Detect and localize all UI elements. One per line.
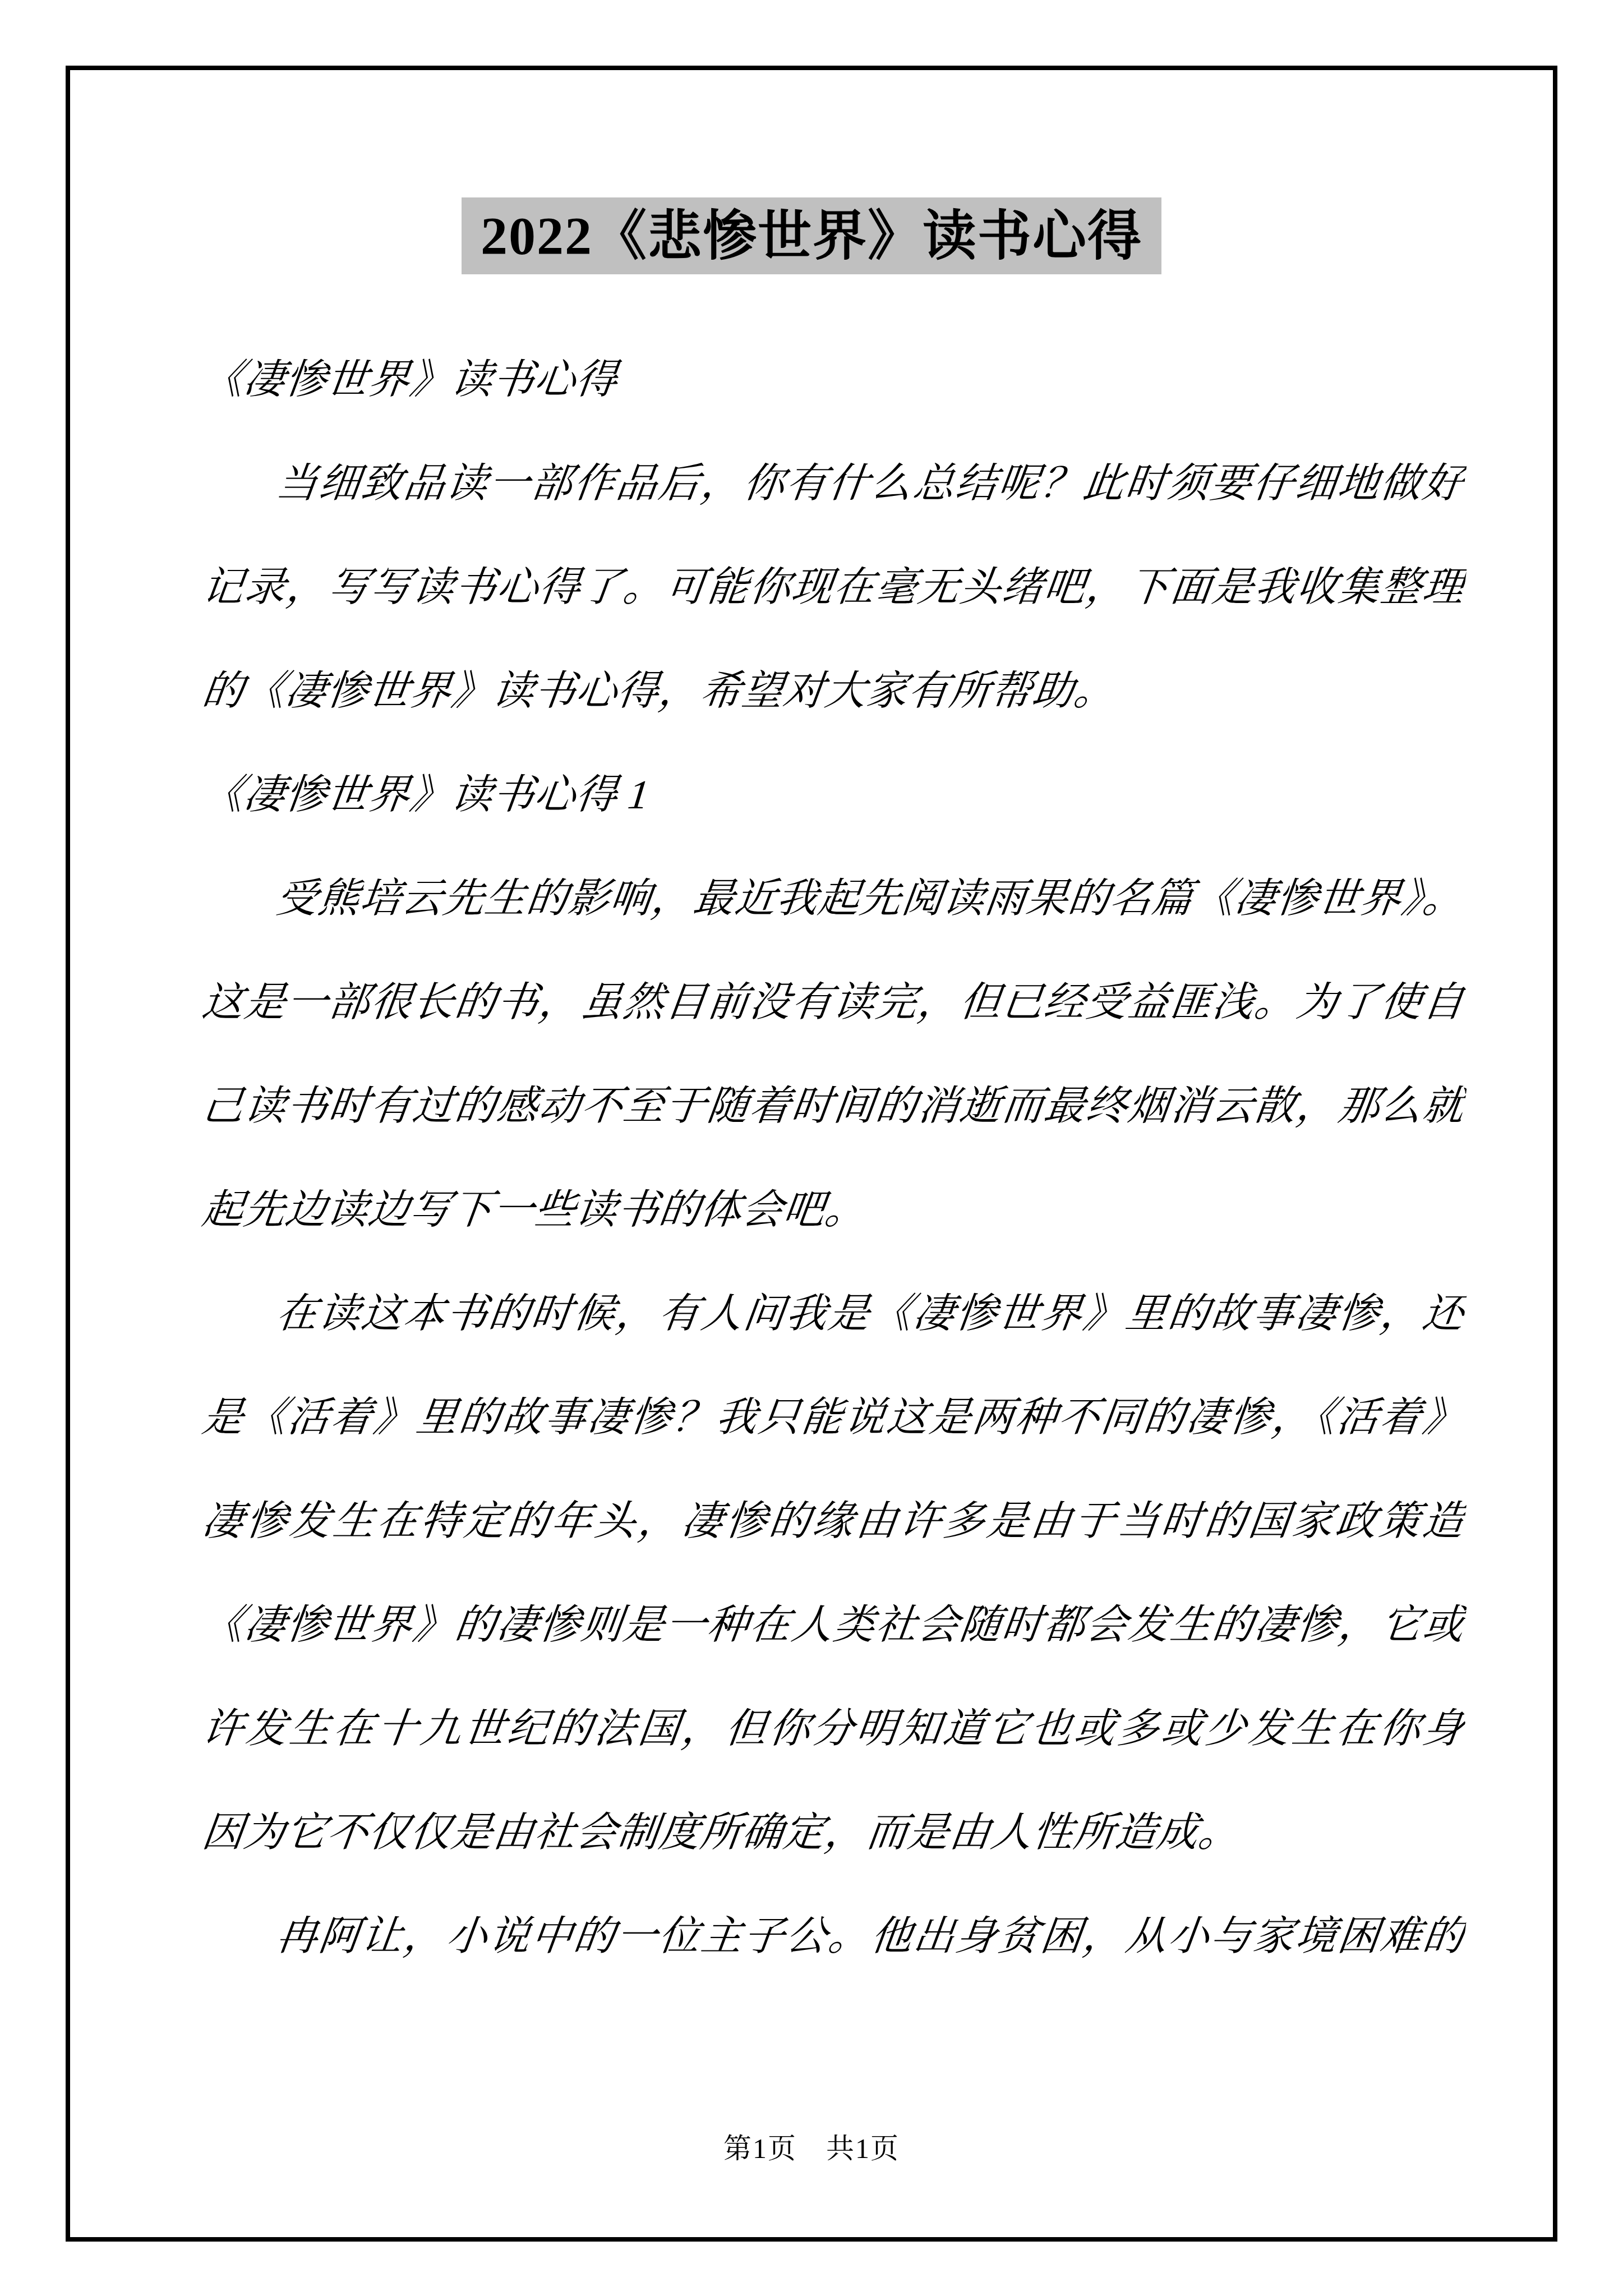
text-line: 这是一部很长的书，虽然目前没有读完，但已经受益匪浅。为了使自 <box>196 950 1471 1054</box>
page-number-footer: 第1页 共1页 <box>0 2132 1623 2165</box>
document-body: 《凄惨世界》读书心得 当细致品读一部作品后，你有什么总结呢？此时须要仔细地做好 … <box>196 328 1458 1988</box>
text-line: 记录，写写读书心得了。可能你现在毫无头绪吧，下面是我收集整理 <box>196 535 1471 639</box>
text-line: 冉阿让，小说中的一位主子公。他出身贫困，从小与家境困难的 <box>196 1884 1471 1988</box>
text-line: 因为它不仅仅是由社会制度所确定，而是由人性所造成。 <box>196 1780 1471 1884</box>
text-line: 凄惨发生在特定的年头，凄惨的缘由许多是由于当时的国家政策造成； <box>196 1469 1471 1573</box>
text-line: 当细致品读一部作品后，你有什么总结呢？此时须要仔细地做好 <box>196 431 1471 535</box>
text-line: 受熊培云先生的影响，最近我起先阅读雨果的名篇《凄惨世界》。 <box>196 846 1471 950</box>
document-page: 2022《悲惨世界》读书心得 《凄惨世界》读书心得 当细致品读一部作品后，你有什… <box>0 0 1623 2296</box>
page-title: 2022《悲惨世界》读书心得 <box>462 197 1161 274</box>
text-line: 《凄惨世界》读书心得 1 <box>196 743 1471 846</box>
text-line: 许发生在十九世纪的法国，但你分明知道它也或多或少发生在你身边， <box>196 1677 1471 1780</box>
text-line: 在读这本书的时候，有人问我是《凄惨世界》里的故事凄惨，还 <box>196 1262 1471 1365</box>
text-line: 《凄惨世界》的凄惨则是一种在人类社会随时都会发生的凄惨，它或 <box>196 1573 1471 1677</box>
text-line: 起先边读边写下一些读书的体会吧。 <box>196 1158 1471 1262</box>
text-line: 己读书时有过的感动不至于随着时间的消逝而最终烟消云散，那么就 <box>196 1054 1471 1158</box>
text-line: 是《活着》里的故事凄惨？我只能说这是两种不同的凄惨，《活着》的 <box>196 1365 1471 1469</box>
text-line: 的《凄惨世界》读书心得，希望对大家有所帮助。 <box>196 639 1471 743</box>
text-line: 《凄惨世界》读书心得 <box>196 328 1471 431</box>
